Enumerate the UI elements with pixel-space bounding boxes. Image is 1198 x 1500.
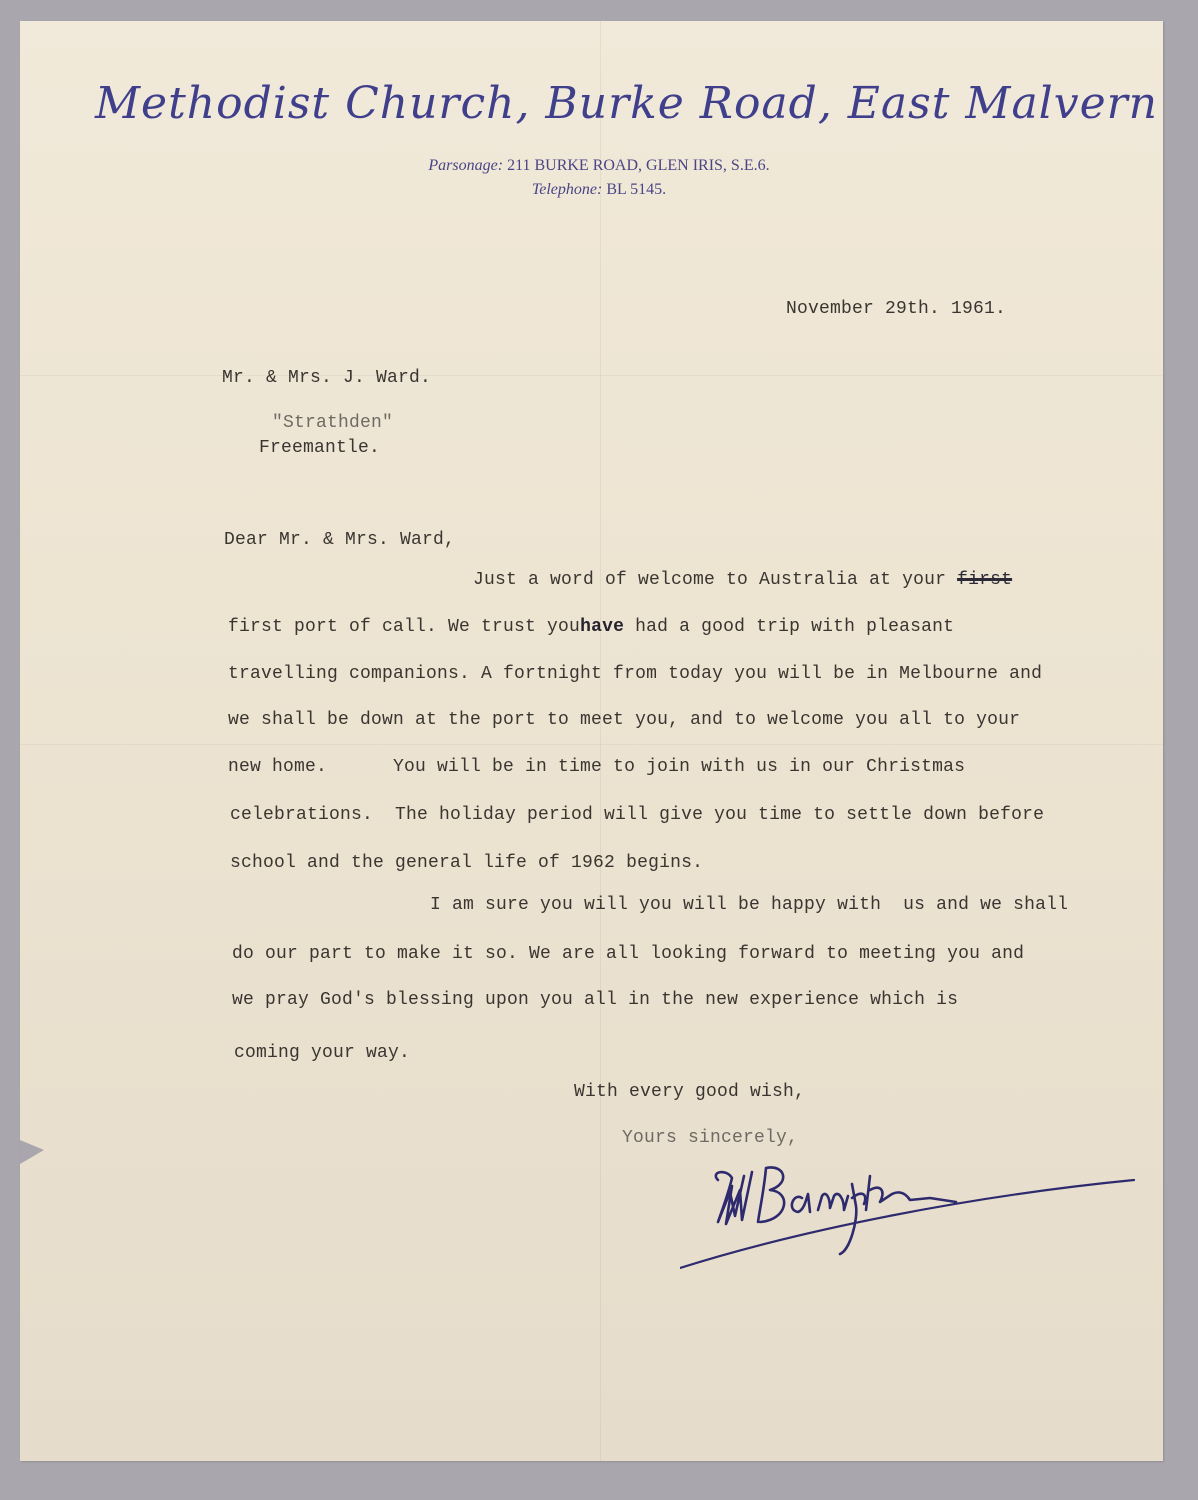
fold-crease-horizontal-lower	[20, 744, 1163, 745]
letterhead-parsonage: Parsonage: 211 BURKE ROAD, GLEN IRIS, S.…	[0, 157, 1198, 175]
body-line: I am sure you will you will be happy wit…	[430, 895, 1068, 915]
body-line: coming your way.	[234, 1043, 410, 1063]
telephone-number: BL 5145.	[606, 181, 666, 198]
body-line: Just a word of welcome to Australia at y…	[473, 570, 1012, 590]
body-line: school and the general life of 1962 begi…	[230, 853, 703, 873]
parsonage-label: Parsonage:	[428, 157, 503, 174]
body-line: first port of call. We trust youhave had…	[228, 617, 954, 637]
body-line: new home. You will be in time to join wi…	[228, 757, 965, 777]
letterhead-telephone: Telephone: BL 5145.	[0, 181, 1198, 199]
body-line: travelling companions. A fortnight from …	[228, 664, 1042, 684]
handwritten-signature	[680, 1150, 1150, 1280]
recipient-name: Mr. & Mrs. J. Ward.	[222, 368, 431, 388]
letterhead-title: Methodist Church, Burke Road, East Malve…	[95, 78, 1095, 129]
letter-date: November 29th. 1961.	[786, 299, 1006, 319]
fold-crease-horizontal	[20, 375, 1163, 376]
fold-crease-vertical	[600, 21, 601, 1461]
telephone-label: Telephone:	[532, 181, 603, 198]
body-line: do our part to make it so. We are all lo…	[232, 944, 1024, 964]
body-line: celebrations. The holiday period will gi…	[230, 805, 1044, 825]
valediction: Yours sincerely,	[622, 1128, 798, 1148]
body-line: we pray God's blessing upon you all in t…	[232, 990, 958, 1010]
closing-wish: With every good wish,	[574, 1082, 805, 1102]
salutation: Dear Mr. & Mrs. Ward,	[224, 530, 455, 550]
body-text: had a good trip with pleasant	[624, 617, 954, 637]
body-text: Just a word of welcome to Australia at y…	[473, 570, 957, 590]
torn-edge-notch	[20, 1140, 44, 1164]
body-line: we shall be down at the port to meet you…	[228, 710, 1020, 730]
body-text: first port of call. We trust you	[228, 617, 580, 637]
recipient-ship: "Strathden"	[272, 413, 393, 433]
recipient-port: Freemantle.	[259, 438, 380, 458]
overtyped-word: have	[580, 617, 624, 637]
parsonage-address: 211 BURKE ROAD, GLEN IRIS, S.E.6.	[507, 157, 770, 174]
struck-word: first	[957, 570, 1012, 590]
